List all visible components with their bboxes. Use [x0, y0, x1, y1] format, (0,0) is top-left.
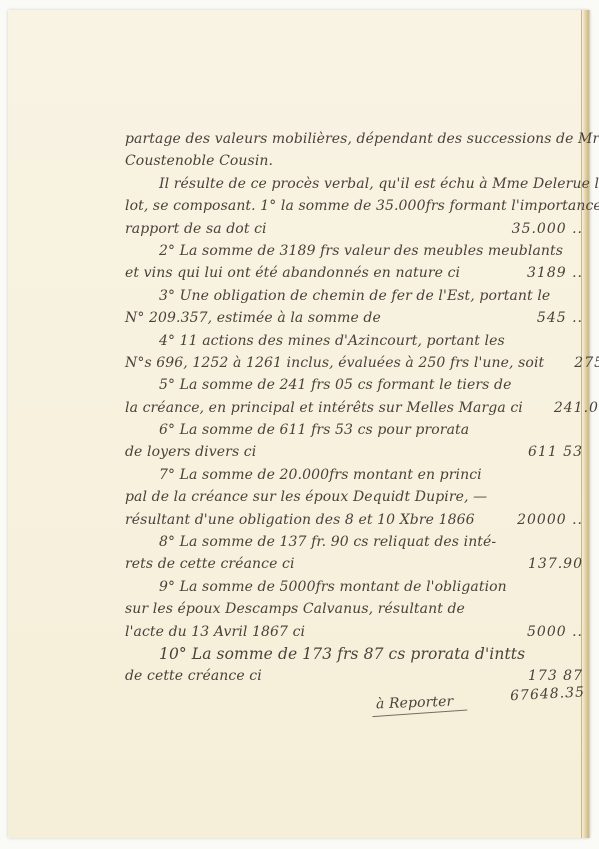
line-amount: 35.000 ..: [497, 218, 587, 240]
line-text: 7° La somme de 20.000frs montant en prin…: [125, 464, 482, 486]
text-line: N°s 696, 1252 à 1261 inclus, évaluées à …: [125, 352, 587, 374]
line-text: rapport de sa dot ci: [125, 218, 267, 240]
line-text: 2° La somme de 3189 frs valeur des meubl…: [125, 240, 563, 262]
line-text: et vins qui lui ont été abandonnés en na…: [125, 262, 460, 284]
text-line: Coustenoble Cousin.: [125, 150, 587, 172]
text-line: lot, se composant. 1° la somme de 35.000…: [125, 195, 587, 217]
line-amount: 241.05: [523, 397, 599, 419]
page-paper: partage des valeurs mobilières, dépendan…: [8, 10, 590, 838]
line-text: 6° La somme de 611 frs 53 cs pour prorat…: [125, 419, 469, 441]
text-line: 6° La somme de 611 frs 53 cs pour prorat…: [125, 419, 587, 441]
text-line: la créance, en principal et intérêts sur…: [125, 397, 587, 419]
line-text: de cette créance ci: [125, 665, 262, 687]
line-amount: 611 53: [497, 441, 587, 463]
text-line: 5° La somme de 241 frs 05 cs formant le …: [125, 374, 587, 396]
carry-forward-label: à Reporter: [375, 690, 453, 715]
line-text: rets de cette créance ci: [125, 553, 295, 575]
line-text: de loyers divers ci: [125, 441, 256, 463]
text-line: 9° La somme de 5000frs montant de l'obli…: [125, 576, 587, 598]
line-amount: 2750 ..: [544, 352, 599, 374]
line-text: partage des valeurs mobilières, dépendan…: [125, 128, 599, 150]
line-amount: 545 ..: [497, 307, 587, 329]
line-text: résultant d'une obligation des 8 et 10 X…: [125, 509, 475, 531]
text-line: de loyers divers ci611 53: [125, 441, 587, 463]
text-line: et vins qui lui ont été abandonnés en na…: [125, 262, 587, 284]
text-line: 10° La somme de 173 frs 87 cs prorata d'…: [125, 643, 587, 665]
line-text: la créance, en principal et intérêts sur…: [125, 397, 523, 419]
text-line: l'acte du 13 Avril 1867 ci5000 ..: [125, 621, 587, 643]
line-amount: 3189 ..: [497, 262, 587, 284]
text-line: Il résulte de ce procès verbal, qu'il es…: [125, 173, 587, 195]
text-line: 8° La somme de 137 fr. 90 cs reliquat de…: [125, 531, 587, 553]
line-text: N° 209.357, estimée à la somme de: [125, 307, 381, 329]
line-text: pal de la créance sur les époux Dequidt …: [125, 486, 487, 508]
line-text: Il résulte de ce procès verbal, qu'il es…: [125, 173, 599, 195]
text-line: pal de la créance sur les époux Dequidt …: [125, 486, 587, 508]
line-amount: 137.90: [497, 553, 587, 575]
line-text: 10° La somme de 173 frs 87 cs prorata d'…: [125, 643, 525, 665]
line-text: 5° La somme de 241 frs 05 cs formant le …: [125, 374, 511, 396]
line-amount: 20000 ..: [497, 509, 587, 531]
line-text: 8° La somme de 137 fr. 90 cs reliquat de…: [125, 531, 496, 553]
line-text: 4° 11 actions des mines d'Azincourt, por…: [125, 330, 505, 352]
line-text: sur les époux Descamps Calvanus, résulta…: [125, 598, 465, 620]
line-text: lot, se composant. 1° la somme de 35.000…: [125, 195, 599, 217]
text-line: résultant d'une obligation des 8 et 10 X…: [125, 509, 587, 531]
manuscript-text-block: partage des valeurs mobilières, dépendan…: [125, 128, 587, 706]
text-line: sur les époux Descamps Calvanus, résulta…: [125, 598, 587, 620]
text-line: 3° Une obligation de chemin de fer de l'…: [125, 285, 587, 307]
text-line: 2° La somme de 3189 frs valeur des meubl…: [125, 240, 587, 262]
line-text: Coustenoble Cousin.: [125, 150, 273, 172]
line-text: 3° Une obligation de chemin de fer de l'…: [125, 285, 550, 307]
line-amount: 5000 ..: [497, 621, 587, 643]
text-line: rapport de sa dot ci35.000 ..: [125, 218, 587, 240]
manuscript-scan: partage des valeurs mobilières, dépendan…: [0, 0, 599, 849]
total-amount: 67648.35: [510, 684, 586, 704]
total-box: 67648.35: [480, 681, 587, 709]
line-text: 9° La somme de 5000frs montant de l'obli…: [125, 576, 507, 598]
text-line: 4° 11 actions des mines d'Azincourt, por…: [125, 330, 587, 352]
line-text: N°s 696, 1252 à 1261 inclus, évaluées à …: [125, 352, 544, 374]
text-line: N° 209.357, estimée à la somme de545 ..: [125, 307, 587, 329]
manuscript-lines: partage des valeurs mobilières, dépendan…: [125, 128, 587, 688]
text-line: partage des valeurs mobilières, dépendan…: [125, 128, 587, 150]
line-text: l'acte du 13 Avril 1867 ci: [125, 621, 305, 643]
text-line: 7° La somme de 20.000frs montant en prin…: [125, 464, 587, 486]
text-line: rets de cette créance ci137.90: [125, 553, 587, 575]
